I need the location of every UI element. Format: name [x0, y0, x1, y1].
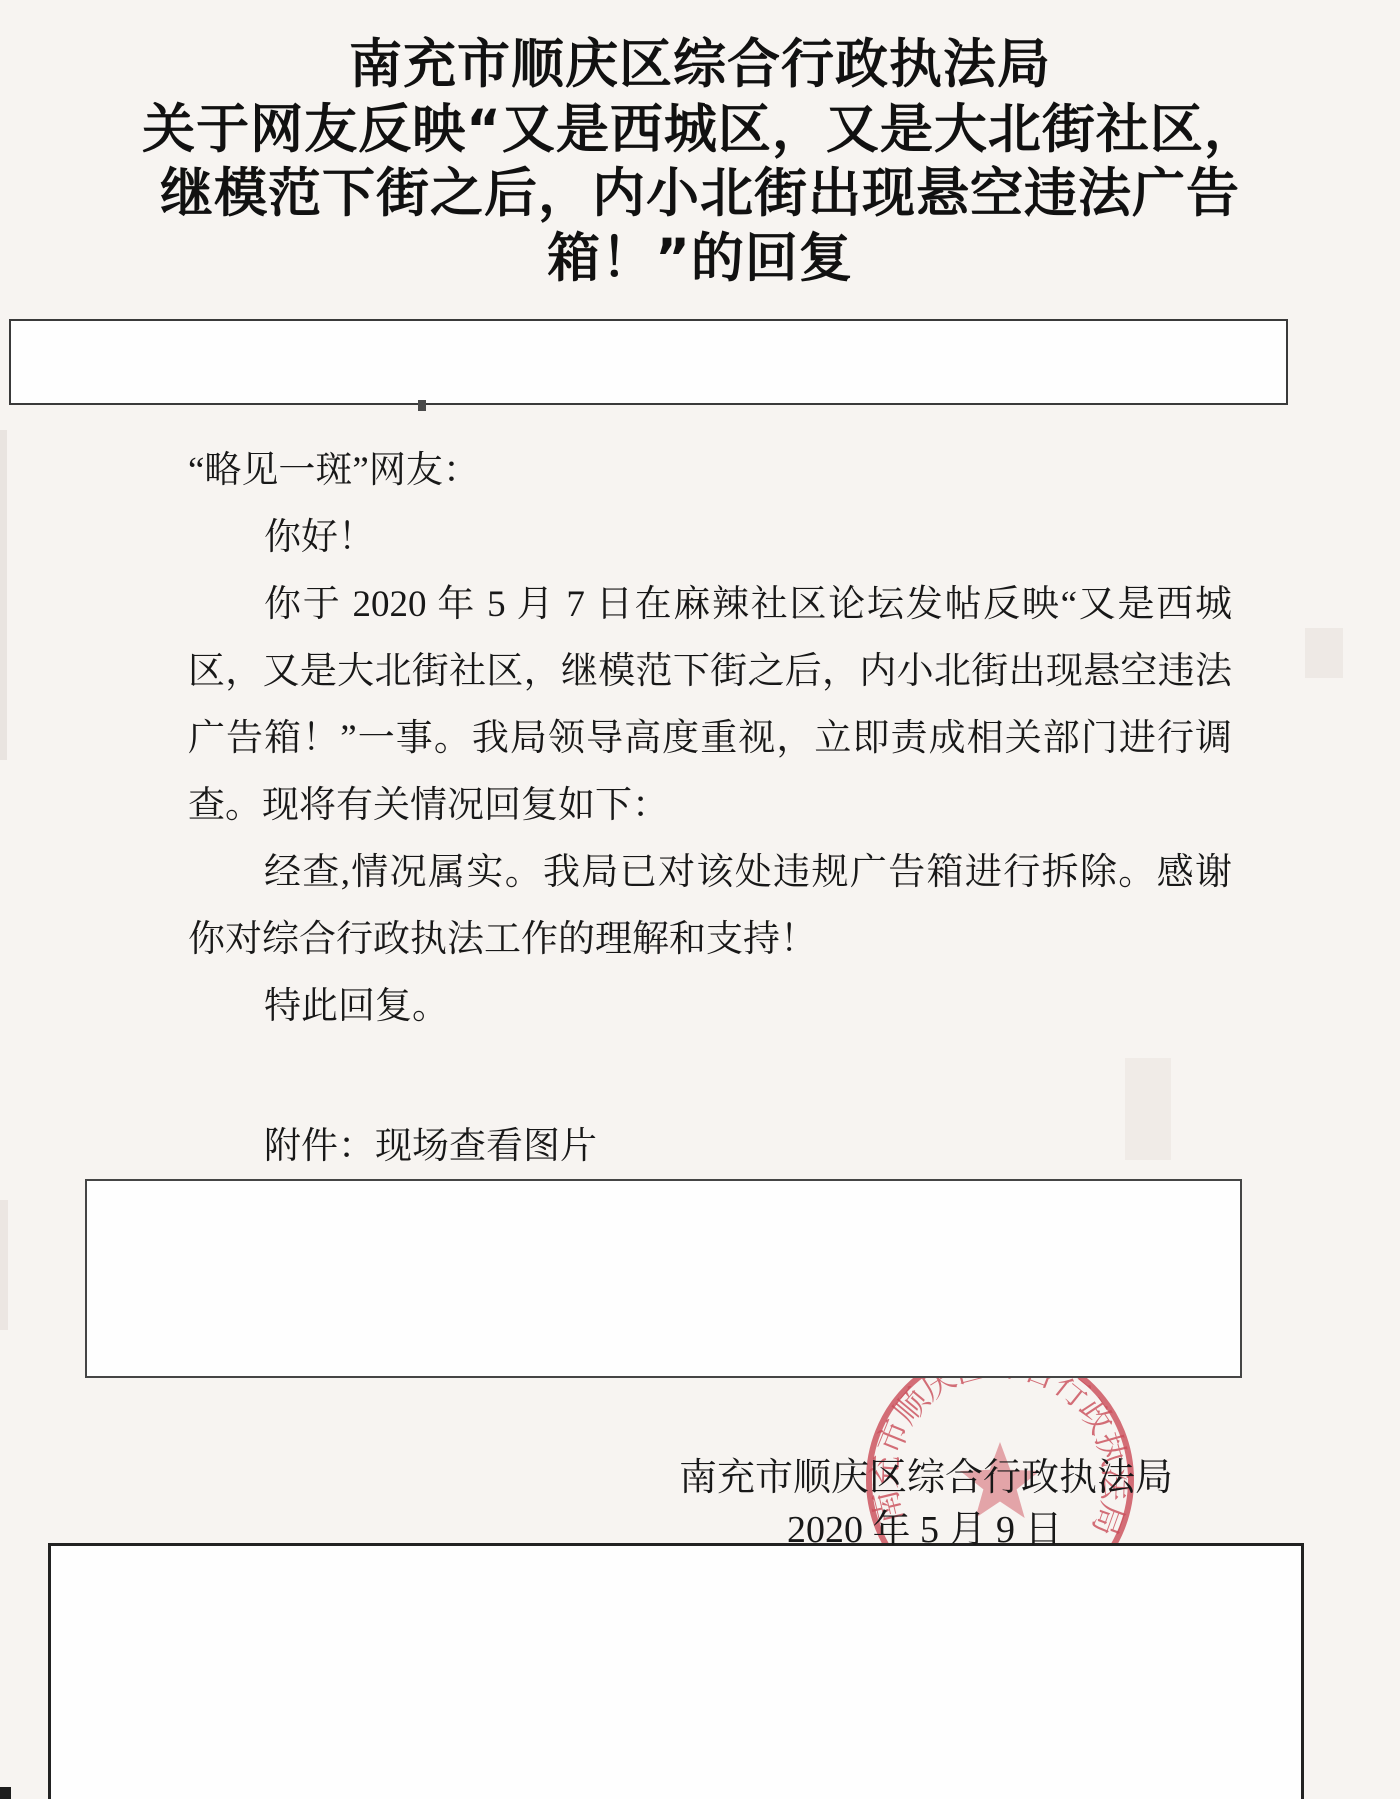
- scanned-letter-page: { "page": { "background": "#f7f4f1", "in…: [0, 0, 1400, 1799]
- title-line-subject-2: 继模范下街之后，内小北街出现悬空违法广告: [0, 162, 1400, 227]
- signature-agency: 南充市顺庆区综合行政执法局: [679, 1446, 1173, 1501]
- letter-title: 南充市顺庆区综合行政执法局 关于网友反映“又是西城区，又是大北街社区， 继模范下…: [0, 33, 1400, 291]
- letter-body: “略见一斑”网友： 你好！ 你于 2020 年 5 月 7 日在麻辣社区论坛发帖…: [188, 437, 1232, 1180]
- attachment-image-placeholder-box: [85, 1179, 1242, 1378]
- scan-artifact-left-streak: [0, 430, 7, 760]
- scan-artifact-left-streak-2: [0, 1200, 8, 1330]
- greeting-line: 你好！: [188, 504, 1232, 571]
- redacted-footer-box: [48, 1543, 1304, 1799]
- body-line-8: 你对综合行政执法工作的理解和支持！: [188, 906, 1232, 973]
- body-line-5: 广告箱！”一事。我局领导高度重视，立即责成相关部门进行调: [188, 705, 1232, 772]
- body-line-3: 你于 2020 年 5 月 7 日在麻辣社区论坛发帖反映“又是西城: [188, 571, 1232, 638]
- redacted-header-box: [9, 319, 1288, 405]
- title-line-subject-1: 关于网友反映“又是西城区，又是大北街社区，: [0, 98, 1400, 163]
- scan-artifact-right-patch: [1305, 628, 1343, 678]
- title-line-agency: 南充市顺庆区综合行政执法局: [0, 33, 1400, 98]
- salutation-line: “略见一斑”网友：: [188, 437, 1232, 504]
- closing-line: 特此回复。: [188, 973, 1232, 1040]
- scan-artifact-corner-mark: [0, 1787, 11, 1799]
- attachment-label: 附件：现场查看图片: [188, 1113, 1232, 1180]
- body-line-7: 经查,情况属实。我局已对该处违规广告箱进行拆除。感谢: [188, 839, 1232, 906]
- body-line-6: 查。现将有关情况回复如下：: [188, 772, 1232, 839]
- signature-date: 2020 年 5 月 9 日: [787, 1498, 1063, 1553]
- body-line-4: 区，又是大北街社区，继模范下街之后，内小北街出现悬空违法: [188, 638, 1232, 705]
- title-line-subject-3: 箱！”的回复: [0, 227, 1400, 292]
- scan-artifact-tick-mark: [418, 400, 426, 411]
